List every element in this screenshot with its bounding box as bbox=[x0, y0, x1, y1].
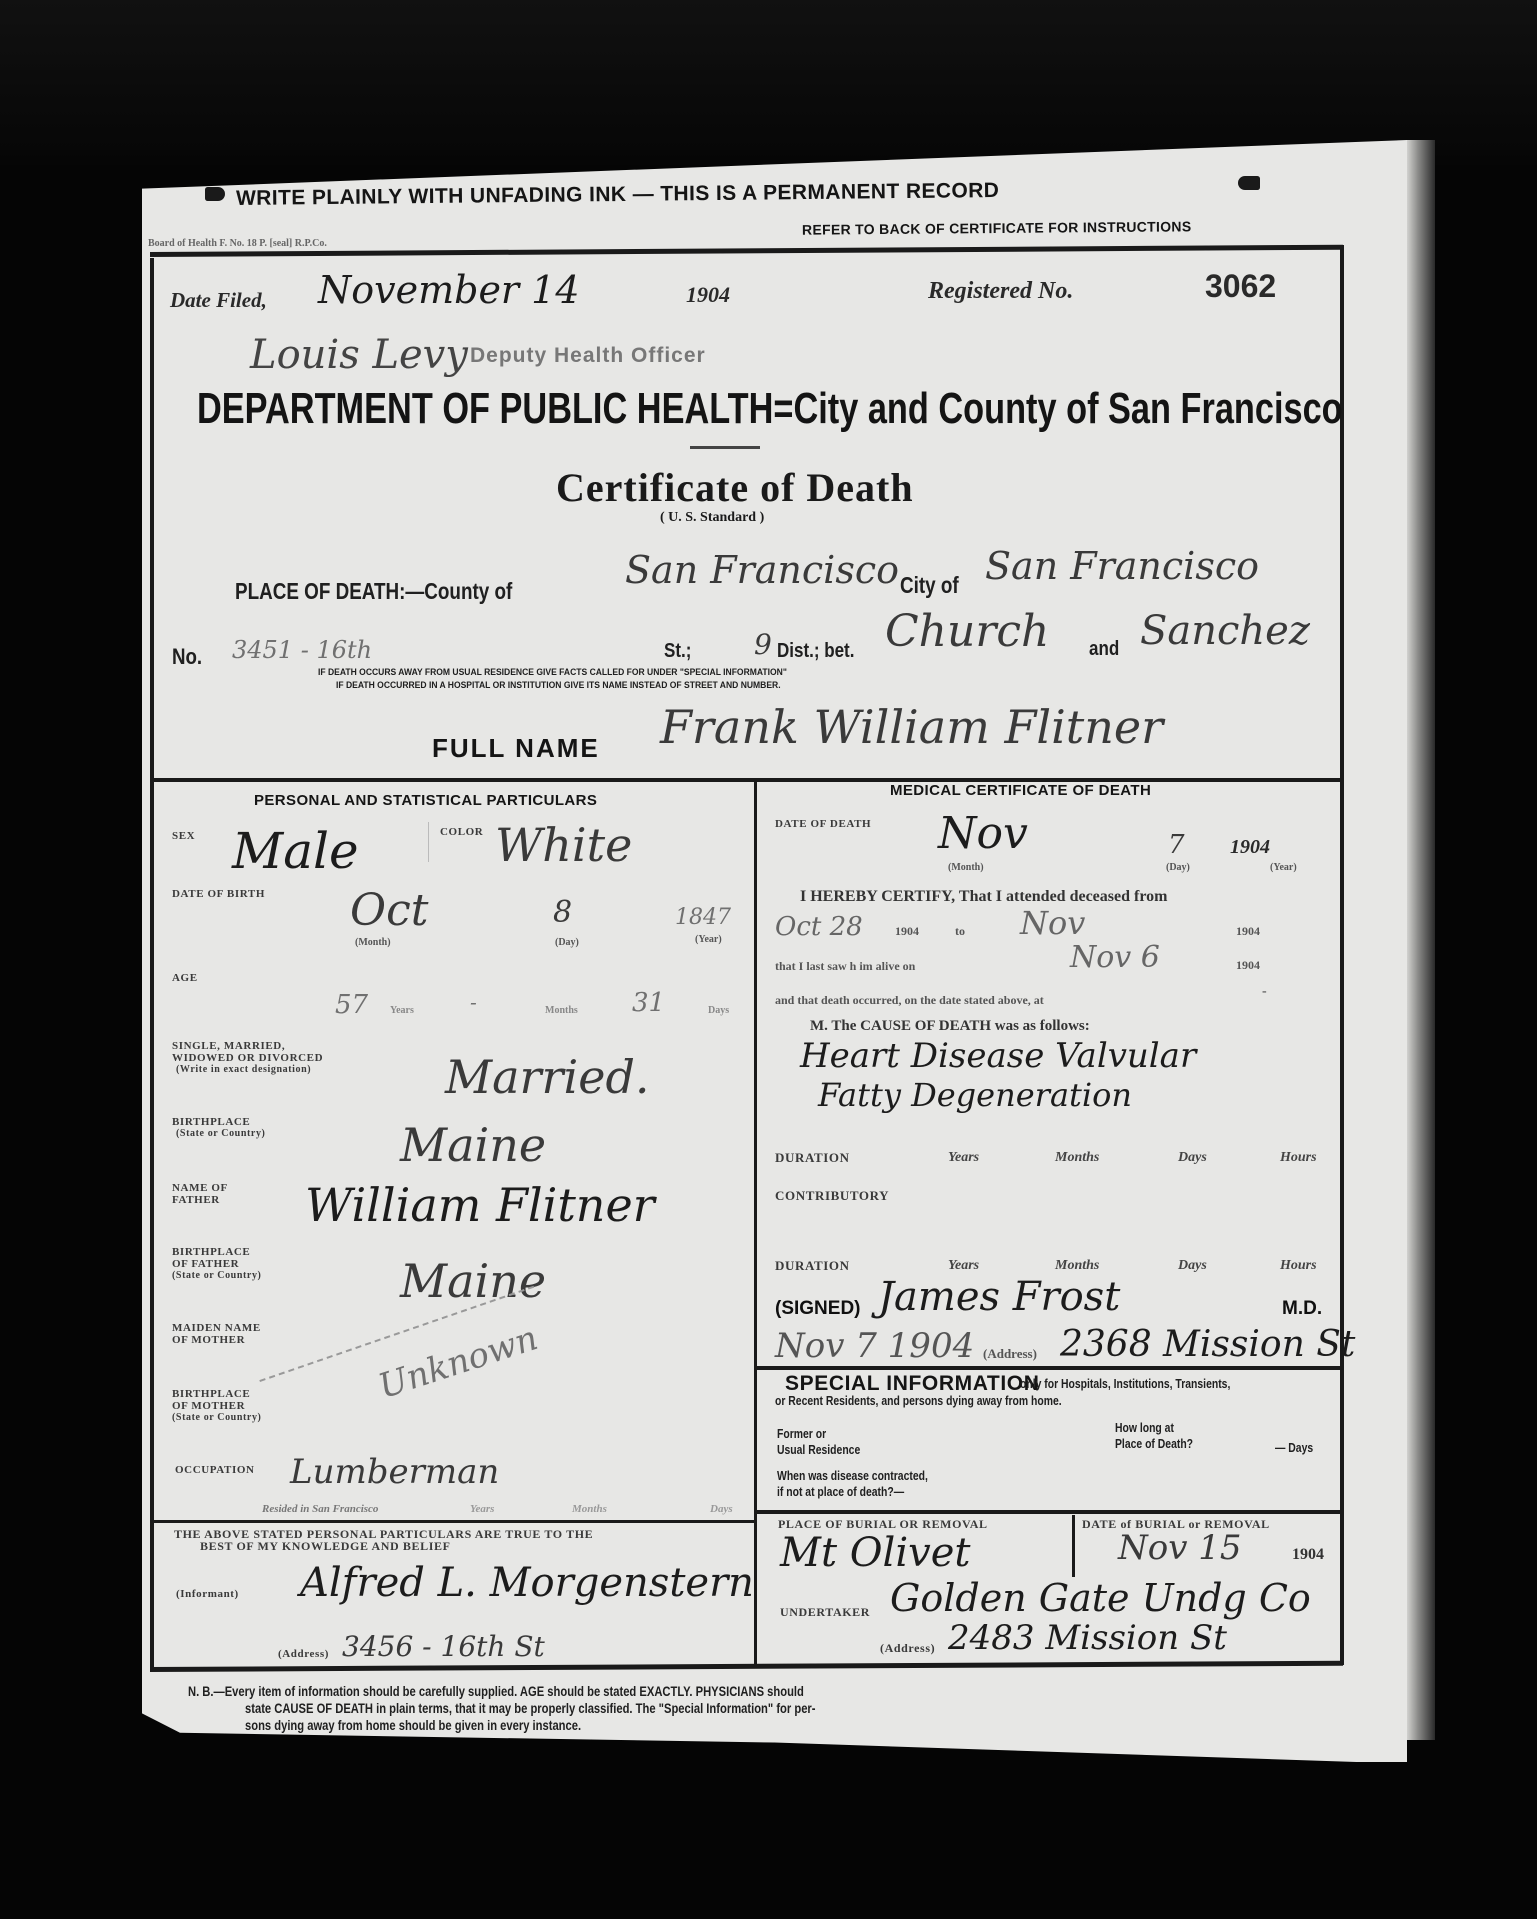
contracted-label-2: if not at place of death?— bbox=[777, 1484, 904, 1499]
personal-heading: PERSONAL AND STATISTICAL PARTICULARS bbox=[254, 792, 597, 809]
special-subheading-2: or Recent Residents, and persons dying a… bbox=[775, 1393, 1062, 1408]
dob-year: 1847 bbox=[675, 905, 731, 930]
duration2-days: Days bbox=[1178, 1258, 1207, 1274]
marital-label-1: SINGLE, MARRIED, bbox=[172, 1040, 285, 1052]
father-bp-label-1: BIRTHPLACE bbox=[172, 1246, 250, 1258]
duration-label: DURATION bbox=[775, 1152, 850, 1164]
burial-place-label: PLACE OF BURIAL OR REMOVAL bbox=[778, 1518, 988, 1530]
age-months: - bbox=[470, 990, 477, 1014]
officer-title: Deputy Health Officer bbox=[470, 344, 706, 368]
mother-label-1: MAIDEN NAME bbox=[172, 1322, 261, 1334]
officer-signature: Louis Levy bbox=[250, 332, 468, 378]
certificate-title: Certificate of Death bbox=[556, 464, 914, 511]
dod-day: 7 bbox=[1168, 830, 1185, 860]
special-divider bbox=[757, 1366, 1342, 1370]
attended-from-year: 1904 bbox=[895, 924, 919, 939]
full-name-value: Frank William Flitner bbox=[660, 700, 1163, 754]
frame-right bbox=[1340, 245, 1344, 1665]
duration-days: Days bbox=[1178, 1150, 1207, 1166]
sex-label: SEX bbox=[172, 830, 195, 842]
sex-color-divider bbox=[428, 822, 429, 862]
signed-date: Nov 7 1904 bbox=[775, 1326, 974, 1366]
birthplace-value: Maine bbox=[400, 1118, 546, 1172]
dod-day-caption: (Day) bbox=[1166, 862, 1190, 873]
birthplace-label-1: BIRTHPLACE bbox=[172, 1116, 250, 1128]
former-label-2: Usual Residence bbox=[777, 1442, 860, 1457]
informant-divider bbox=[152, 1520, 755, 1523]
how-long-days: — Days bbox=[1275, 1440, 1313, 1455]
duration2-label: DURATION bbox=[775, 1260, 850, 1272]
attended-from: Oct 28 bbox=[775, 912, 863, 942]
contracted-label-1: When was disease contracted, bbox=[777, 1468, 928, 1483]
how-long-label-1: How long at bbox=[1115, 1420, 1174, 1435]
certify-text: I HEREBY CERTIFY, That I attended deceas… bbox=[800, 888, 1167, 906]
dob-month-caption: (Month) bbox=[355, 937, 391, 948]
pointing-hand-icon-right bbox=[1238, 176, 1260, 190]
street-no-label: No. bbox=[172, 644, 202, 670]
cause-intro: M. The CAUSE OF DEATH was as follows: bbox=[810, 1018, 1090, 1035]
medical-heading: MEDICAL CERTIFICATE OF DEATH bbox=[890, 782, 1151, 799]
father-label-2: FATHER bbox=[172, 1194, 220, 1206]
duration-hours: Hours bbox=[1280, 1150, 1317, 1166]
page-edge bbox=[1407, 140, 1435, 1740]
attended-to: Nov bbox=[1020, 904, 1085, 942]
marital-value: Married. bbox=[445, 1050, 650, 1104]
contributory-label: CONTRIBUTORY bbox=[775, 1190, 889, 1202]
father-bp-label-2: OF FATHER bbox=[172, 1258, 239, 1270]
informant-address: 3456 - 16th St bbox=[342, 1630, 545, 1663]
footnote-line-3: sons dying away from home should be give… bbox=[245, 1717, 581, 1733]
instructions-ref: REFER TO BACK OF CERTIFICATE FOR INSTRUC… bbox=[802, 218, 1192, 237]
frame-left bbox=[150, 258, 154, 1668]
informant-label: (Informant) bbox=[176, 1588, 239, 1600]
date-filed-value: November 14 bbox=[318, 268, 580, 312]
last-saw-year: 1904 bbox=[1236, 958, 1260, 973]
place-note-line1: IF DEATH OCCURS AWAY FROM USUAL RESIDENC… bbox=[318, 667, 787, 678]
father-label-1: NAME OF bbox=[172, 1182, 228, 1194]
age-days-caption: Days bbox=[708, 1005, 729, 1016]
burial-divider bbox=[757, 1510, 1342, 1514]
pointing-hand-icon bbox=[205, 187, 225, 201]
age-months-caption: Months bbox=[545, 1005, 578, 1016]
cause-line-2: Fatty Degeneration bbox=[818, 1076, 1132, 1114]
footnote-line-1: N. B.—Every item of information should b… bbox=[188, 1683, 804, 1699]
undertaker-label: UNDERTAKER bbox=[780, 1606, 870, 1618]
dod-label: DATE OF DEATH bbox=[775, 818, 871, 830]
duration-months: Months bbox=[1055, 1150, 1099, 1166]
last-saw-label: that I last saw h im alive on bbox=[775, 959, 915, 974]
mother-label-2: OF MOTHER bbox=[172, 1334, 245, 1346]
mother-bp-label-2: OF MOTHER bbox=[172, 1400, 245, 1412]
burial-date-value: Nov 15 bbox=[1118, 1528, 1242, 1568]
between-street-1: Church bbox=[885, 606, 1049, 657]
dob-year-caption: (Year) bbox=[695, 934, 722, 945]
father-value: William Flitner bbox=[305, 1178, 655, 1232]
place-note-line2: IF DEATH OCCURRED IN A HOSPITAL OR INSTI… bbox=[336, 680, 781, 691]
dod-year: 1904 bbox=[1230, 836, 1270, 859]
and-label: and bbox=[1089, 638, 1119, 661]
marital-label-3: (Write in exact designation) bbox=[176, 1064, 311, 1076]
death-time: - bbox=[1262, 984, 1267, 1000]
resided-days: Days bbox=[710, 1503, 733, 1515]
dod-month-caption: (Month) bbox=[948, 862, 984, 873]
birthplace-label-2: (State or Country) bbox=[176, 1128, 266, 1140]
age-days: 31 bbox=[632, 988, 665, 1018]
burial-place-value: Mt Olivet bbox=[780, 1530, 970, 1576]
standard-label: ( U. S. Standard ) bbox=[660, 510, 764, 526]
registered-number: 3062 bbox=[1205, 268, 1276, 305]
mother-bp-label-1: BIRTHPLACE bbox=[172, 1388, 250, 1400]
signed-label: (SIGNED) bbox=[775, 1298, 861, 1320]
color-label: COLOR bbox=[440, 826, 483, 838]
street-no-value: 3451 - 16th bbox=[232, 636, 372, 664]
st-label: St.; bbox=[664, 640, 691, 663]
occupation-value: Lumberman bbox=[290, 1452, 499, 1492]
duration2-hours: Hours bbox=[1280, 1258, 1317, 1274]
city-label: City of bbox=[900, 572, 959, 599]
attended-to-year: 1904 bbox=[1236, 924, 1260, 939]
how-long-label-2: Place of Death? bbox=[1115, 1436, 1193, 1451]
duration2-months: Months bbox=[1055, 1258, 1099, 1274]
scan-background bbox=[0, 0, 1537, 165]
duration2-years: Years bbox=[948, 1258, 979, 1274]
undertaker-address-label: (Address) bbox=[880, 1642, 935, 1654]
death-occurred-text: and that death occurred, on the date sta… bbox=[775, 993, 1044, 1008]
undertaker-address: 2483 Mission St bbox=[948, 1618, 1227, 1658]
place-of-death-label: PLACE OF DEATH:—County of bbox=[235, 578, 512, 605]
special-subheading-1: only for Hospitals, Institutions, Transi… bbox=[1020, 1376, 1230, 1391]
burial-date-year: 1904 bbox=[1292, 1546, 1324, 1564]
occupation-label: OCCUPATION bbox=[175, 1464, 255, 1476]
dob-month: Oct bbox=[350, 885, 428, 936]
former-label-1: Former or bbox=[777, 1426, 826, 1441]
department-title: DEPARTMENT OF PUBLIC HEALTH=City and Cou… bbox=[197, 384, 1343, 434]
resided-label: Resided in San Francisco bbox=[262, 1503, 378, 1515]
burial-column-divider bbox=[1072, 1515, 1075, 1577]
age-years-caption: Years bbox=[390, 1005, 414, 1016]
color-value: White bbox=[495, 818, 632, 872]
father-bp-label-3: (State or Country) bbox=[172, 1270, 262, 1282]
sex-value: Male bbox=[232, 822, 359, 880]
section-divider bbox=[150, 778, 1343, 782]
full-name-label: FULL NAME bbox=[432, 733, 600, 764]
physician-address-label: (Address) bbox=[983, 1346, 1037, 1362]
resided-years: Years bbox=[470, 1503, 494, 1515]
dod-month: Nov bbox=[938, 808, 1028, 859]
dist-label: Dist.; bet. bbox=[777, 640, 854, 663]
dob-label: DATE OF BIRTH bbox=[172, 888, 265, 900]
marital-label-2: WIDOWED OR DIVORCED bbox=[172, 1052, 323, 1064]
title-rule bbox=[690, 446, 760, 449]
to-label: to bbox=[955, 924, 965, 939]
between-street-2: Sanchez bbox=[1140, 608, 1310, 654]
resided-months: Months bbox=[572, 1503, 607, 1515]
cause-line-1: Heart Disease Valvular bbox=[800, 1036, 1196, 1076]
dod-year-caption: (Year) bbox=[1270, 862, 1297, 873]
undertaker-value: Golden Gate Undg Co bbox=[890, 1576, 1311, 1620]
last-saw-value: Nov 6 bbox=[1070, 940, 1160, 975]
date-filed-label: Date Filed, bbox=[170, 288, 267, 313]
filing-year: 1904 bbox=[686, 282, 730, 308]
registered-label: Registered No. bbox=[928, 278, 1073, 305]
physician-signature: James Frost bbox=[878, 1274, 1120, 1320]
dob-day-caption: (Day) bbox=[555, 937, 579, 948]
informant-name: Alfred L. Morgenstern bbox=[300, 1560, 754, 1606]
city-value: San Francisco bbox=[985, 544, 1259, 588]
father-bp-value: Maine bbox=[400, 1254, 546, 1308]
age-label: AGE bbox=[172, 972, 198, 984]
county-value: San Francisco bbox=[625, 548, 899, 592]
physician-address: 2368 Mission St bbox=[1060, 1324, 1355, 1365]
mother-bp-label-3: (State or Country) bbox=[172, 1412, 262, 1424]
district-value: 9 bbox=[754, 628, 772, 661]
duration-years: Years bbox=[948, 1150, 979, 1166]
column-divider bbox=[754, 780, 757, 1666]
md-label: M.D. bbox=[1282, 1298, 1322, 1320]
dob-day: 8 bbox=[553, 895, 572, 930]
informant-statement-2: BEST OF MY KNOWLEDGE AND BELIEF bbox=[200, 1540, 451, 1552]
age-years: 57 bbox=[335, 990, 368, 1020]
form-id: Board of Health F. No. 18 P. [seal] R.P.… bbox=[148, 238, 327, 249]
informant-address-label: (Address) bbox=[278, 1648, 329, 1660]
footnote-line-2: state CAUSE OF DEATH in plain terms, tha… bbox=[245, 1700, 816, 1716]
